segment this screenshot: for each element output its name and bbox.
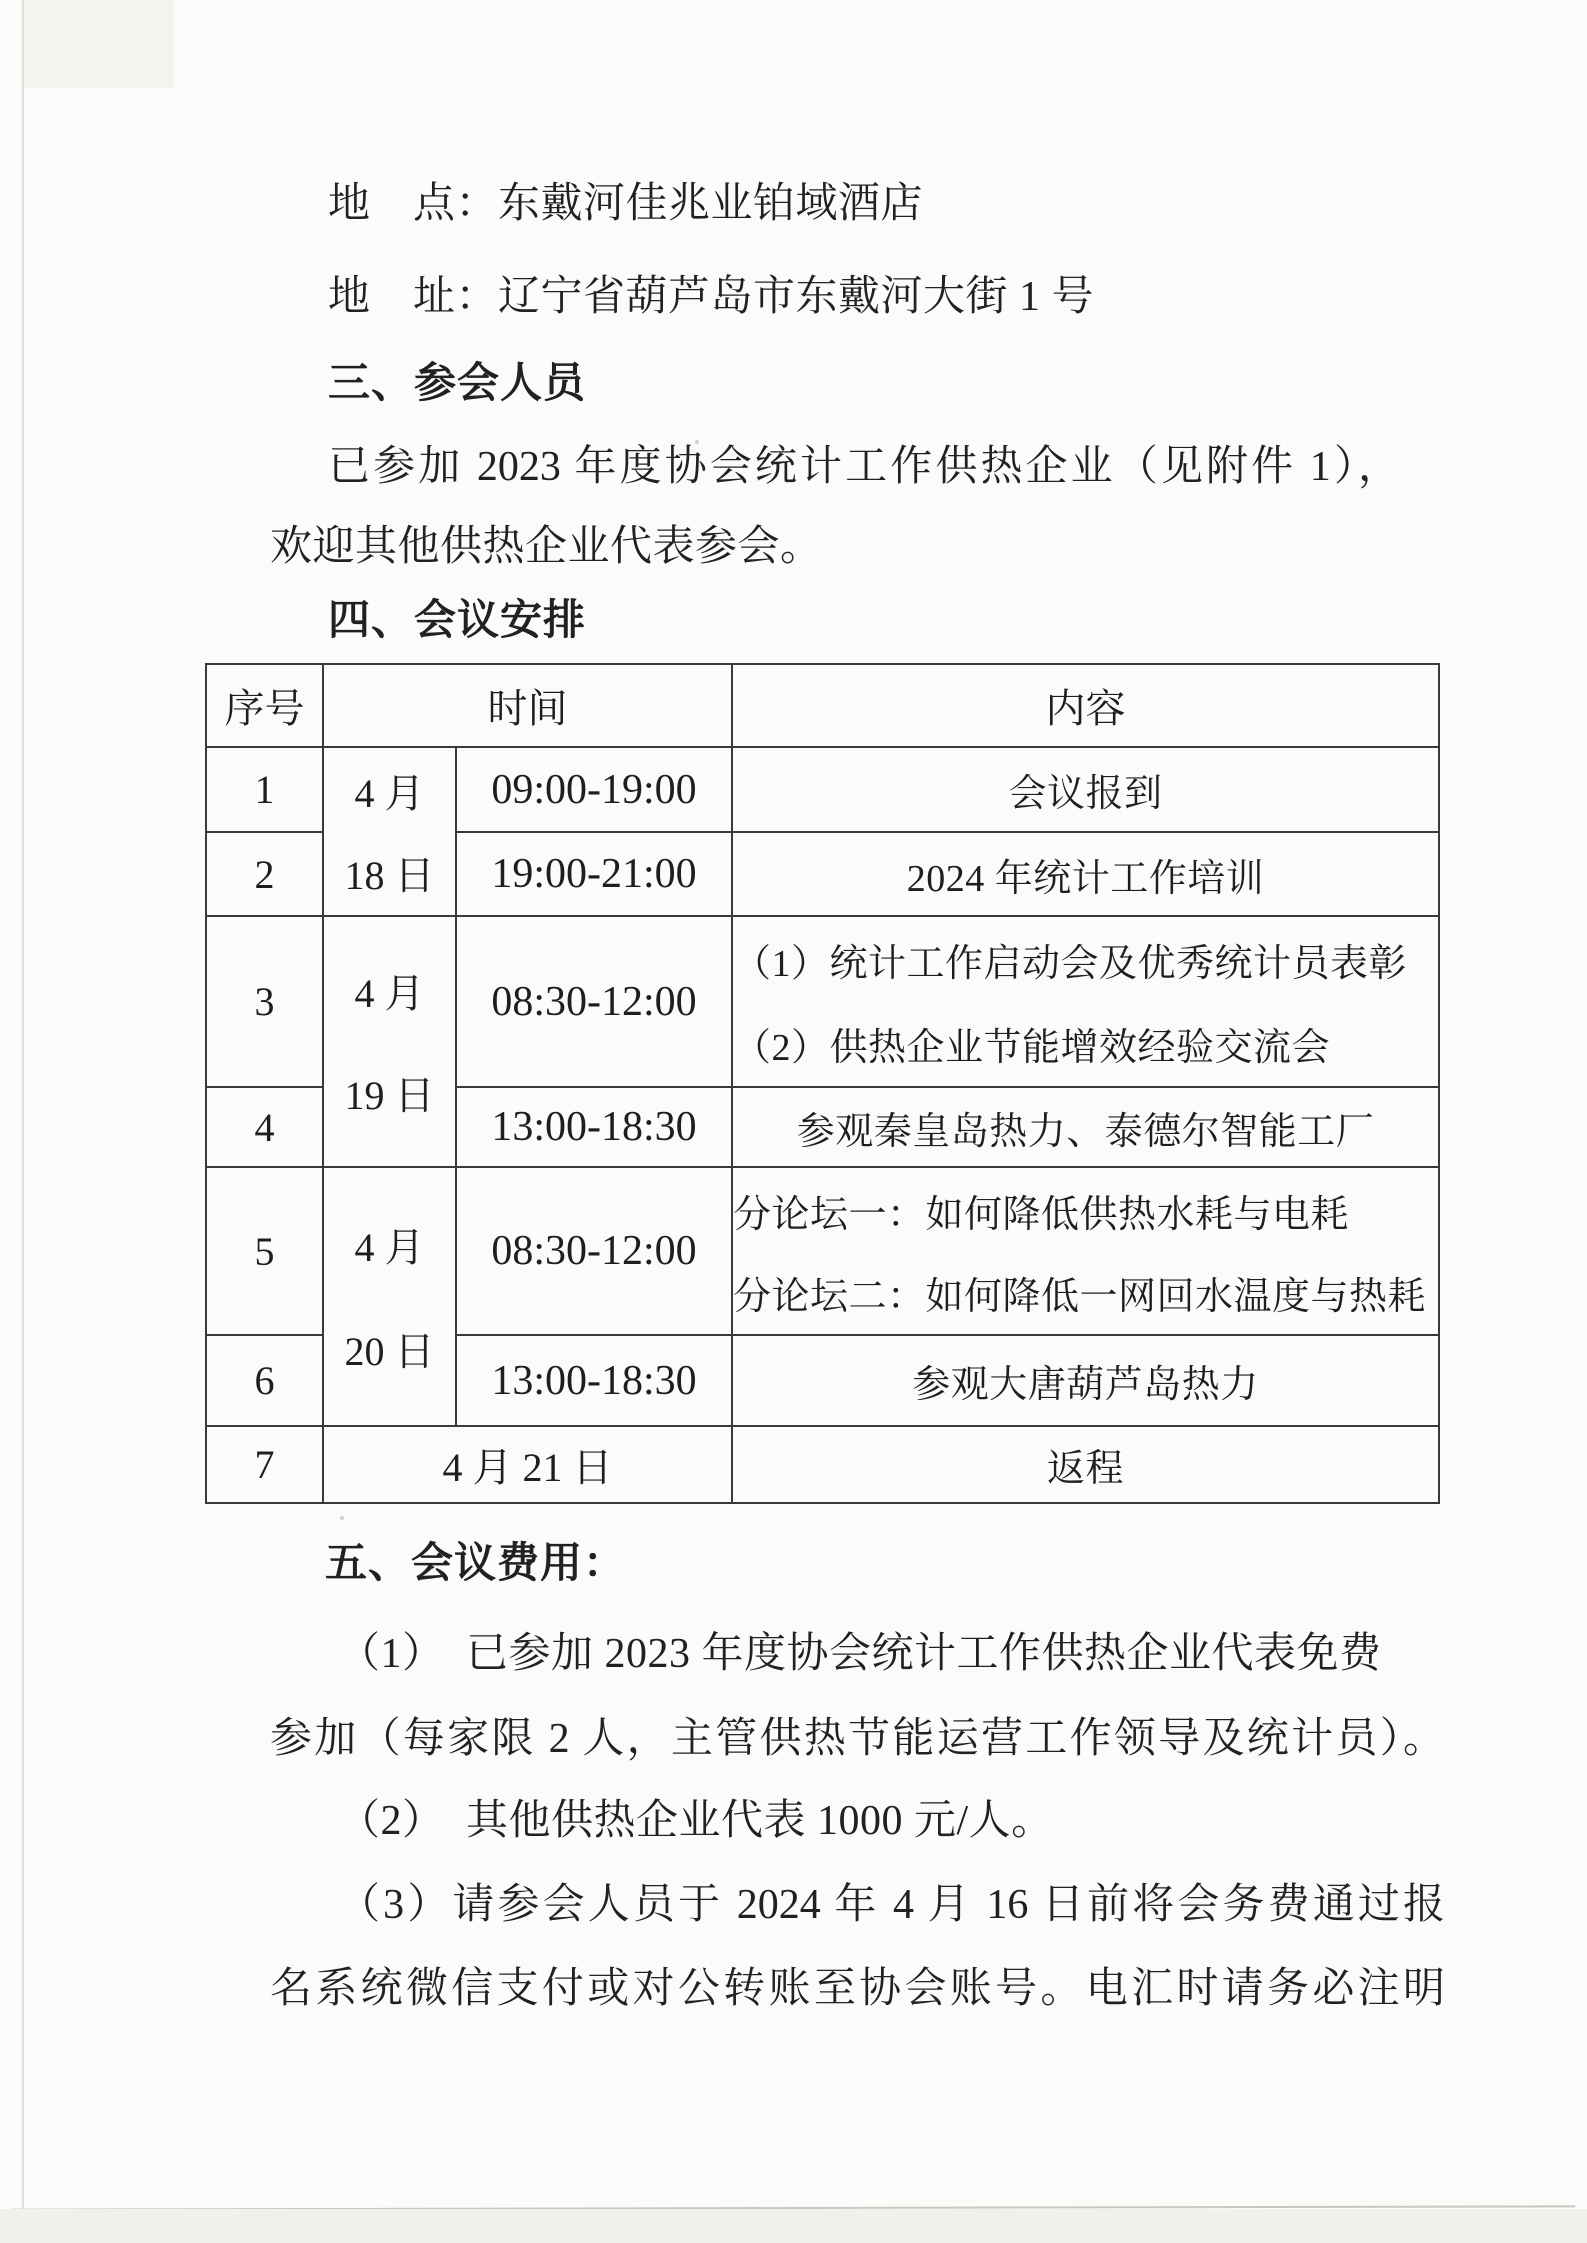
date-month: 4 月 <box>355 962 425 1019</box>
header-cell-no: 序号 <box>206 664 323 747</box>
scan-speck <box>340 1516 344 1520</box>
date-day: 18 日 <box>345 844 435 901</box>
row2-no: 2 <box>206 832 323 916</box>
address-line: 地 址：辽宁省葫芦岛市东戴河大街 1 号 <box>328 267 1094 327</box>
date-cell-apr20: 4 月 20 日 <box>323 1167 456 1426</box>
header-cell-time: 时间 <box>323 664 732 747</box>
row2-time: 19:00-21:00 <box>456 832 732 916</box>
fee-item2: （2） 其他供热企业代表 1000 元/人。 <box>338 1791 1054 1851</box>
schedule-row-7: 7 4 月 21 日 返程 <box>206 1426 1439 1503</box>
row5-content: 分论坛一：如何降低供热水耗与电耗 分论坛二：如何降低一网回水温度与热耗 <box>732 1167 1439 1335</box>
row6-time: 13:00-18:30 <box>456 1335 732 1426</box>
schedule-table: 序号 时间 内容 1 4 月 18 日 09:00-19:00 会议报到 2 1… <box>205 663 1440 1504</box>
row7-no: 7 <box>206 1426 323 1503</box>
section-attendees-heading: 三、参会人员 <box>328 354 586 414</box>
row6-content: 参观大唐葫芦岛热力 <box>732 1335 1439 1426</box>
date-day: 20 日 <box>345 1320 435 1377</box>
paper-left-edge <box>22 0 24 2243</box>
venue-line: 地 点：东戴河佳兆业铂域酒店 <box>328 174 923 234</box>
row4-content: 参观秦皇岛热力、泰德尔智能工厂 <box>732 1087 1439 1167</box>
attendees-paragraph-line1: 已参加 2023 年度协会统计工作供热企业（见附件 1）， <box>328 437 1400 497</box>
schedule-row-3: 3 4 月 19 日 08:30-12:00 （1）统计工作启动会及优秀统计员表… <box>206 916 1439 1087</box>
row4-no: 4 <box>206 1087 323 1167</box>
row3-content-line2: （2）供热企业节能增效经验交流会 <box>733 1016 1330 1071</box>
scanner-background <box>0 2209 1587 2243</box>
row2-content: 2024 年统计工作培训 <box>732 832 1439 916</box>
schedule-row-5: 5 4 月 20 日 08:30-12:00 分论坛一：如何降低供热水耗与电耗 … <box>206 1167 1439 1335</box>
schedule-row-1: 1 4 月 18 日 09:00-19:00 会议报到 <box>206 747 1439 832</box>
row3-content-line1: （1）统计工作启动会及优秀统计员表彰 <box>733 932 1407 987</box>
date-cell-apr18: 4 月 18 日 <box>323 747 456 916</box>
fee-item1-line2: 参加（每家限 2 人，主管供热节能运营工作领导及统计员）。 <box>270 1709 1445 1769</box>
fee-item1-line1: （1） 已参加 2023 年度协会统计工作供热企业代表免费 <box>338 1624 1382 1684</box>
scanned-document-page: 地 点：东戴河佳兆业铂域酒店 地 址：辽宁省葫芦岛市东戴河大街 1 号 三、参会… <box>0 0 1587 2243</box>
schedule-header-row: 序号 时间 内容 <box>206 664 1439 747</box>
date-cell-apr19: 4 月 19 日 <box>323 916 456 1167</box>
row5-time: 08:30-12:00 <box>456 1167 732 1335</box>
scan-speck <box>695 440 699 444</box>
fee-item3-line2: 名系统微信支付或对公转账至协会账号。电汇时请务必注明 <box>270 1959 1445 2019</box>
row6-no: 6 <box>206 1335 323 1426</box>
row5-content-line1: 分论坛一：如何降低供热水耗与电耗 <box>733 1183 1349 1238</box>
header-cell-content: 内容 <box>732 664 1439 747</box>
row7-date: 4 月 21 日 <box>323 1426 732 1503</box>
row3-time: 08:30-12:00 <box>456 916 732 1087</box>
date-month: 4 月 <box>355 1216 425 1273</box>
attendees-paragraph-line2: 欢迎其他供热企业代表参会。 <box>270 517 823 577</box>
date-month: 4 月 <box>355 762 425 819</box>
row1-content: 会议报到 <box>732 747 1439 832</box>
fee-item3-line1: （3）请参会人员于 2024 年 4 月 16 日前将会务费通过报 <box>338 1875 1445 1935</box>
row5-content-line2: 分论坛二：如何降低一网回水温度与热耗 <box>733 1265 1426 1320</box>
section-schedule-heading: 四、会议安排 <box>328 591 586 651</box>
row4-time: 13:00-18:30 <box>456 1087 732 1167</box>
row7-content: 返程 <box>732 1426 1439 1503</box>
row1-time: 09:00-19:00 <box>456 747 732 832</box>
row5-no: 5 <box>206 1167 323 1335</box>
row3-no: 3 <box>206 916 323 1087</box>
row1-no: 1 <box>206 747 323 832</box>
date-day: 19 日 <box>345 1064 435 1121</box>
row3-content: （1）统计工作启动会及优秀统计员表彰 （2）供热企业节能增效经验交流会 <box>732 916 1439 1087</box>
scan-corner-shade <box>24 0 174 88</box>
section-fees-heading: 五、会议费用： <box>325 1534 626 1594</box>
